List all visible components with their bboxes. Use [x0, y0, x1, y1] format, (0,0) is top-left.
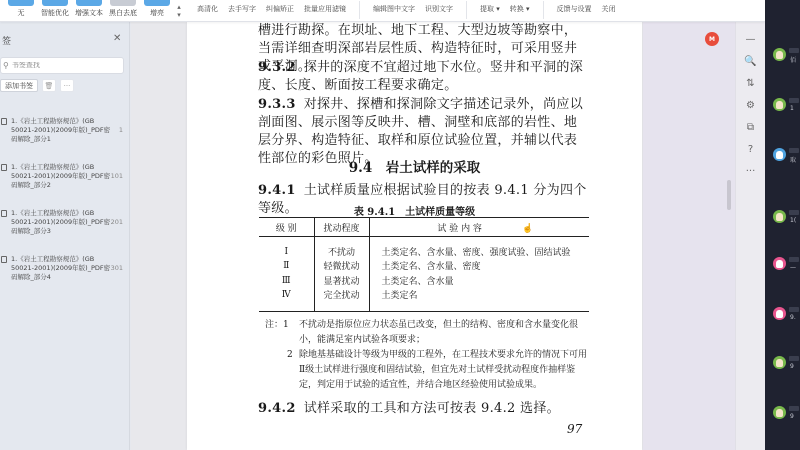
bookmark-text: 1.《岩土工程勘察规范》(GB 50021-2001)(2009年版)_PDF密…	[11, 209, 111, 236]
clause-text: 探井的深度不宜超过地下水位。竖井和平洞的深度、长度、断面按工程要求确定。	[258, 60, 583, 93]
column-header-text: 试 验 内 容	[437, 224, 482, 234]
chat-text: 取	[790, 155, 796, 164]
table-caption: 表 9.4.1 土试样质量等级	[187, 203, 642, 218]
search-icon[interactable]: 🔍	[743, 54, 759, 68]
filter-swatch	[76, 0, 102, 6]
chat-text: 1	[790, 105, 794, 112]
toolbar: 无 智能优化 增强文本 黑白去底 增亮 ▴▾ 高清化 去手写字 纠偏矫正 批量应…	[0, 0, 765, 22]
bookmark-actions: 添加书签 🗑 ···	[0, 79, 74, 92]
disturbance-cell: 显著扰动	[314, 273, 369, 288]
minimize-icon[interactable]: —	[743, 32, 759, 46]
more-icon[interactable]: ···	[743, 164, 759, 178]
convert-dropdown[interactable]: 转换 ▾	[505, 4, 535, 21]
remove-handwriting-button[interactable]: 去手写字	[223, 4, 261, 21]
grade-cell: Ⅰ	[259, 237, 314, 259]
ocr-group: 编辑图中文字 识别文字	[364, 0, 462, 21]
divider	[359, 1, 360, 19]
recognize-text-button[interactable]: 识别文字	[420, 4, 458, 21]
bookmark-text: 1.《岩土工程勘察规范》(GB 50021-2001)(2009年版)_PDF密…	[11, 163, 111, 190]
close-button[interactable]: 关闭	[597, 4, 621, 21]
filter-label: 增亮	[150, 8, 164, 18]
table-row: Ⅲ 显著扰动 土类定名、含水量	[259, 273, 589, 288]
note-2-number: 2	[287, 348, 297, 363]
clause-text: 试样采取的工具和方法可按表 9.4.2 选择。	[304, 401, 560, 416]
book-icon[interactable]: ⧉	[743, 120, 759, 134]
clause-number: 9.3.2	[258, 60, 296, 75]
batch-filter-button[interactable]: 批量应用滤镜	[299, 4, 351, 21]
avatar	[773, 406, 786, 419]
filter-bw[interactable]: 黑白去底	[106, 0, 140, 21]
document-scrollbar[interactable]	[727, 180, 731, 210]
user-tag	[789, 98, 799, 103]
bookmark-item[interactable]: 1.《岩土工程勘察规范》(GB 50021-2001)(2009年版)_PDF密…	[0, 209, 125, 255]
paragraph-9-4-2: 9.4.2试样采取的工具和方法可按表 9.4.2 选择。	[258, 400, 590, 418]
filter-swatch	[8, 0, 34, 6]
hd-button[interactable]: 高清化	[192, 4, 223, 21]
filter-smart-optimize[interactable]: 智能优化	[38, 0, 72, 21]
search-icon: ⚲	[3, 61, 9, 70]
chat-message[interactable]: —	[773, 257, 800, 270]
filter-brighten[interactable]: 增亮	[140, 0, 174, 21]
user-tag	[789, 148, 799, 153]
chat-message[interactable]: 1	[773, 98, 800, 111]
deskew-button[interactable]: 纠偏矫正	[261, 4, 299, 21]
table-row: Ⅱ 轻微扰动 土类定名、含水量、密度	[259, 258, 589, 273]
side-strip	[643, 22, 735, 450]
filter-swatch	[42, 0, 68, 6]
sample-grade-table: 级 别 扰动程度 试 验 内 容☝ Ⅰ 不扰动 土类定名、含水量、密度、强度试验…	[259, 217, 589, 312]
feedback-settings-button[interactable]: 反馈与设置	[552, 4, 597, 21]
bookmark-page: 1	[119, 126, 123, 135]
avatar	[773, 356, 786, 369]
edit-image-text-button[interactable]: 编辑图中文字	[368, 4, 420, 21]
bookmark-page: 101	[111, 172, 123, 181]
document-page: 槽进行勘探。在坝址、地下工程、大型边坡等勘察中，当需详细查明深部岩层性质、构造特…	[187, 22, 642, 450]
avatar	[773, 257, 786, 270]
filter-none[interactable]: 无	[4, 0, 38, 21]
tests-cell: 土类定名、含水量	[369, 273, 589, 288]
bookmark-item[interactable]: 1.《岩土工程勘察规范》(GB 50021-2001)(2009年版)_PDF密…	[0, 117, 125, 163]
filter-group: 无 智能优化 增强文本 黑白去底 增亮 ▴▾	[0, 0, 188, 21]
section-title: 9.4 岩土试样的采取	[187, 156, 642, 176]
user-tag	[789, 257, 799, 262]
disturbance-cell: 不扰动	[314, 237, 369, 259]
settings-sliders-icon[interactable]: ⚙	[743, 98, 759, 112]
filter-label: 增强文本	[75, 8, 103, 18]
bookmark-text: 1.《岩土工程勘察规范》(GB 50021-2001)(2009年版)_PDF密…	[11, 255, 111, 282]
paragraph-9-3-2: 9.3.2探井的深度不宜超过地下水位。竖井和平洞的深度、长度、断面按工程要求确定…	[258, 59, 590, 95]
close-icon[interactable]: ✕	[113, 33, 121, 44]
misc-group: 反馈与设置 关闭	[548, 0, 625, 21]
right-toolbar: — 🔍 ⇅ ⚙ ⧉ ? ···	[735, 22, 765, 450]
avatar	[773, 48, 786, 61]
app-window: 无 智能优化 增强文本 黑白去底 增亮 ▴▾ 高清化 去手写字 纠偏矫正 批量应…	[0, 0, 800, 450]
chat-message[interactable]: 9	[773, 356, 800, 369]
chat-text: 9	[790, 363, 794, 370]
chat-message[interactable]: 9	[773, 406, 800, 419]
filter-label: 无	[18, 8, 25, 18]
column-header: 扰动程度	[314, 218, 369, 237]
bookmark-page: 201	[111, 218, 123, 227]
filter-swatch	[110, 0, 136, 6]
bookmark-item[interactable]: 1.《岩土工程勘察规范》(GB 50021-2001)(2009年版)_PDF密…	[0, 255, 125, 301]
panel-title: 签	[2, 34, 11, 47]
chat-text: 佰	[790, 55, 796, 64]
chat-panel: 佰 1 取 1( — 9. 9	[765, 0, 800, 450]
add-bookmark-button[interactable]: 添加书签	[0, 79, 38, 92]
chevron-up-icon: ▴	[177, 3, 181, 11]
filter-swatch	[144, 0, 170, 6]
user-tag	[789, 48, 799, 53]
floating-app-icon[interactable]: M	[705, 32, 719, 46]
chat-text: 9.	[790, 314, 796, 321]
chat-message[interactable]: 佰	[773, 48, 800, 61]
table-row: Ⅰ 不扰动 土类定名、含水量、密度、强度试验、固结试验	[259, 237, 589, 259]
chat-message[interactable]: 1(	[773, 210, 800, 223]
column-header: 级 别	[259, 218, 314, 237]
user-tag	[789, 406, 799, 411]
filter-label: 智能优化	[41, 8, 69, 18]
clause-number: 9.4.2	[258, 401, 296, 416]
clause-number: 9.3.3	[258, 97, 296, 112]
page-number: 97	[567, 422, 582, 436]
bookmark-text: 1.《岩土工程勘察规范》(GB 50021-2001)(2009年版)_PDF密…	[11, 117, 111, 144]
user-tag	[789, 307, 799, 312]
bookmark-icon	[1, 118, 7, 125]
extract-dropdown[interactable]: 提取 ▾	[475, 4, 505, 21]
trash-icon[interactable]: 🗑	[42, 79, 56, 92]
chat-text: —	[790, 264, 796, 271]
disturbance-cell: 轻微扰动	[314, 258, 369, 273]
clause-number: 9.4.1	[258, 183, 296, 198]
bookmark-icon	[1, 210, 7, 217]
filter-more-button[interactable]: ▴▾	[174, 0, 184, 21]
grade-cell: Ⅳ	[259, 288, 314, 312]
tests-cell: 土类定名	[369, 288, 589, 312]
user-tag	[789, 356, 799, 361]
divider	[466, 1, 467, 19]
avatar	[773, 307, 786, 320]
tests-cell: 土类定名、含水量、密度、强度试验、固结试验	[369, 237, 589, 259]
filter-enhance-text[interactable]: 增强文本	[72, 0, 106, 21]
hand-cursor-icon: ☝	[522, 224, 533, 234]
chat-message[interactable]: 取	[773, 148, 800, 161]
avatar	[773, 98, 786, 111]
grade-cell: Ⅲ	[259, 273, 314, 288]
bookmark-page: 301	[111, 264, 123, 273]
help-icon[interactable]: ?	[743, 142, 759, 156]
avatar	[773, 148, 786, 161]
divider	[543, 1, 544, 19]
table-header-row: 级 别 扰动程度 试 验 内 容☝	[259, 218, 589, 237]
extract-group: 提取 ▾ 转换 ▾	[471, 0, 539, 21]
chat-text: 9	[790, 413, 794, 420]
bookmark-icon	[1, 164, 7, 171]
note-2: 除地基基础设计等级为甲级的工程外，在工程技术要求允许的情况下可用Ⅱ级土试样进行强…	[299, 348, 589, 393]
note-1: 不扰动是指原位应力状态虽已改变，但土的结构、密度和含水量变化很小，能满足室内试验…	[299, 318, 589, 348]
bookmark-item[interactable]: 1.《岩土工程勘察规范》(GB 50021-2001)(2009年版)_PDF密…	[0, 163, 125, 209]
tests-cell: 土类定名、含水量、密度	[369, 258, 589, 273]
filter-label: 黑白去底	[109, 8, 137, 18]
chevron-down-icon: ▾	[177, 11, 181, 19]
bookmark-search[interactable]: ⚲	[0, 57, 124, 74]
chat-text: 1(	[790, 217, 796, 224]
bookmark-search-input[interactable]	[12, 62, 112, 69]
avatar	[773, 210, 786, 223]
more-button[interactable]: ···	[60, 79, 74, 92]
table-row: Ⅳ 完全扰动 土类定名	[259, 288, 589, 312]
sync-icon[interactable]: ⇅	[743, 76, 759, 90]
grade-cell: Ⅱ	[259, 258, 314, 273]
bookmark-list: 1.《岩土工程勘察规范》(GB 50021-2001)(2009年版)_PDF密…	[0, 117, 125, 301]
bookmark-panel: 签 ✕ ⚲ 添加书签 🗑 ··· 1.《岩土工程勘察规范》(GB 50021-2…	[0, 22, 130, 450]
chat-message[interactable]: 9.	[773, 307, 800, 320]
bookmark-icon	[1, 256, 7, 263]
image-tools-group: 高清化 去手写字 纠偏矫正 批量应用滤镜	[188, 0, 355, 21]
user-tag	[789, 210, 799, 215]
disturbance-cell: 完全扰动	[314, 288, 369, 312]
column-header: 试 验 内 容☝	[369, 218, 589, 237]
